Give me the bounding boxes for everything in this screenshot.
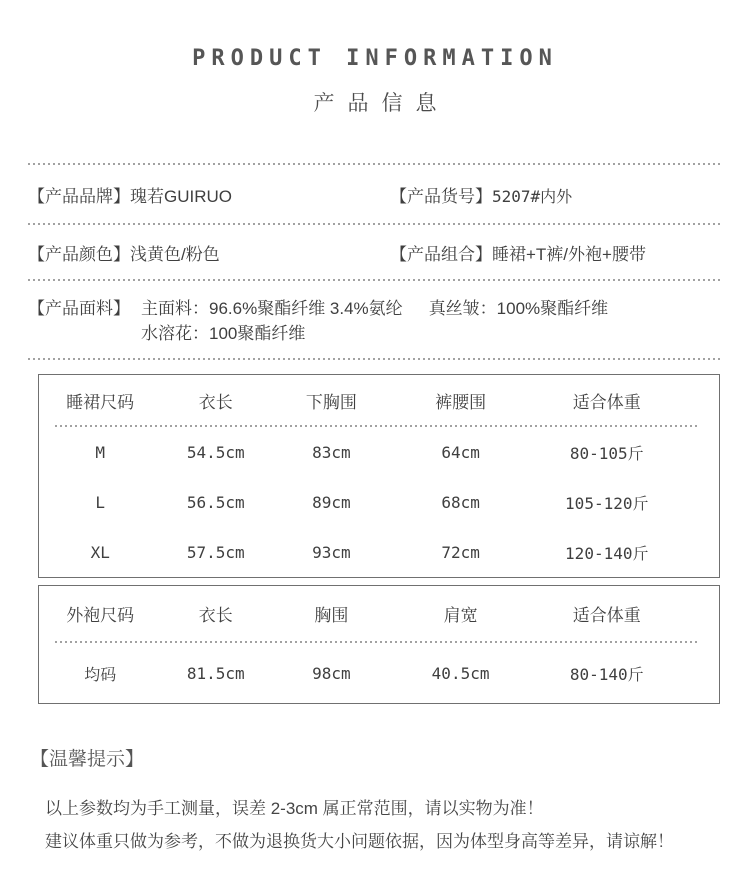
- warm-tips-line-1: 以上参数均为手工测量，误差 2-3cm 属正常范围，请以实物为准！: [45, 796, 720, 822]
- weight-cell: 105-120斤: [529, 491, 719, 514]
- weight-cell: 120-140斤: [529, 541, 719, 564]
- warm-tips: 【温馨提示】 以上参数均为手工测量，误差 2-3cm 属正常范围，请以实物为准！…: [0, 748, 750, 855]
- col-header: 衣长: [161, 388, 270, 413]
- fabric-main: 主面料：96.6%聚酯纤维 3.4%氨纶: [141, 299, 403, 318]
- table-row: XL 57.5cm 93cm 72cm 120-140斤: [39, 527, 719, 577]
- col-header: 适合体重: [529, 388, 719, 413]
- col-header: 裤腰围: [393, 388, 529, 413]
- col-header: 胸围: [270, 601, 392, 626]
- info-item-no-value: 5207#内外: [492, 187, 572, 206]
- length-cell: 81.5cm: [161, 664, 270, 683]
- size-cell: XL: [39, 543, 161, 562]
- waist-cell: 68cm: [393, 493, 529, 512]
- size-cell: M: [39, 443, 161, 462]
- warm-tips-line-2: 建议体重只做为参考，不做为退换货大小问题依据，因为体型身高等差异，请谅解！: [45, 829, 720, 855]
- info-fabric-value: 主面料：96.6%聚酯纤维 3.4%氨纶真丝皱：100%聚酯纤维 水溶花：100…: [141, 296, 608, 346]
- info-brand: 【产品品牌】瑰若GUIRUO: [28, 182, 390, 207]
- fabric-silk: 真丝皱：100%聚酯纤维: [429, 299, 608, 318]
- bust-cell: 98cm: [270, 664, 392, 683]
- table-row: L 56.5cm 89cm 68cm 105-120斤: [39, 477, 719, 527]
- info-color: 【产品颜色】浅黄色/粉色: [28, 240, 390, 265]
- product-info-page: PRODUCT INFORMATION 产品信息 【产品品牌】瑰若GUIRUO …: [0, 0, 750, 883]
- col-header: 肩宽: [393, 601, 529, 626]
- col-header: 适合体重: [529, 601, 719, 626]
- robe-table-header: 外袍尺码 衣长 胸围 肩宽 适合体重: [39, 586, 719, 641]
- col-header: 睡裙尺码: [39, 388, 161, 413]
- waist-cell: 72cm: [393, 543, 529, 562]
- info-fabric-line-1: 主面料：96.6%聚酯纤维 3.4%氨纶真丝皱：100%聚酯纤维: [141, 296, 608, 321]
- warm-tips-title: 【温馨提示】: [30, 748, 720, 771]
- info-fabric: 【产品面料】 主面料：96.6%聚酯纤维 3.4%氨纶真丝皱：100%聚酯纤维 …: [0, 281, 750, 358]
- fabric-flower: 水溶花：100聚酯纤维: [141, 324, 305, 343]
- underbust-cell: 93cm: [270, 543, 392, 562]
- underbust-cell: 89cm: [270, 493, 392, 512]
- underbust-cell: 83cm: [270, 443, 392, 462]
- robe-size-table: 外袍尺码 衣长 胸围 肩宽 适合体重 均码 81.5cm 98cm 40.5cm…: [38, 585, 720, 704]
- length-cell: 54.5cm: [161, 443, 270, 462]
- table-row: 均码 81.5cm 98cm 40.5cm 80-140斤: [39, 643, 719, 703]
- page-header: PRODUCT INFORMATION 产品信息: [0, 0, 750, 163]
- info-combo: 【产品组合】睡裙+T裤/外袍+腰带: [390, 240, 722, 265]
- info-combo-label: 【产品组合】: [390, 245, 492, 264]
- info-row-1: 【产品品牌】瑰若GUIRUO 【产品货号】5207#内外: [0, 165, 750, 223]
- info-item-no: 【产品货号】5207#内外: [390, 182, 722, 207]
- table-row: M 54.5cm 83cm 64cm 80-105斤: [39, 427, 719, 477]
- size-cell: L: [39, 493, 161, 512]
- page-title-cn: 产品信息: [0, 90, 750, 118]
- length-cell: 57.5cm: [161, 543, 270, 562]
- nightgown-table-header: 睡裙尺码 衣长 下胸围 裤腰围 适合体重: [39, 375, 719, 425]
- info-color-value: 浅黄色/粉色: [130, 245, 220, 264]
- info-fabric-line-2: 水溶花：100聚酯纤维: [141, 321, 608, 346]
- waist-cell: 64cm: [393, 443, 529, 462]
- info-color-label: 【产品颜色】: [28, 245, 130, 264]
- weight-cell: 80-105斤: [529, 441, 719, 464]
- info-brand-label: 【产品品牌】: [28, 187, 130, 206]
- info-fabric-label: 【产品面料】: [28, 296, 130, 321]
- info-item-no-label: 【产品货号】: [390, 187, 492, 206]
- weight-cell: 80-140斤: [529, 662, 719, 685]
- nightgown-size-table: 睡裙尺码 衣长 下胸围 裤腰围 适合体重 M 54.5cm 83cm 64cm …: [38, 374, 720, 578]
- col-header: 下胸围: [270, 388, 392, 413]
- size-cell: 均码: [39, 662, 161, 685]
- info-row-2: 【产品颜色】浅黄色/粉色 【产品组合】睡裙+T裤/外袍+腰带: [0, 225, 750, 279]
- col-header: 衣长: [161, 601, 270, 626]
- length-cell: 56.5cm: [161, 493, 270, 512]
- shoulder-cell: 40.5cm: [393, 664, 529, 683]
- page-title-en: PRODUCT INFORMATION: [0, 46, 750, 72]
- dotted-divider: [28, 358, 722, 360]
- info-brand-value: 瑰若GUIRUO: [130, 187, 232, 206]
- info-combo-value: 睡裙+T裤/外袍+腰带: [492, 245, 646, 264]
- col-header: 外袍尺码: [39, 601, 161, 626]
